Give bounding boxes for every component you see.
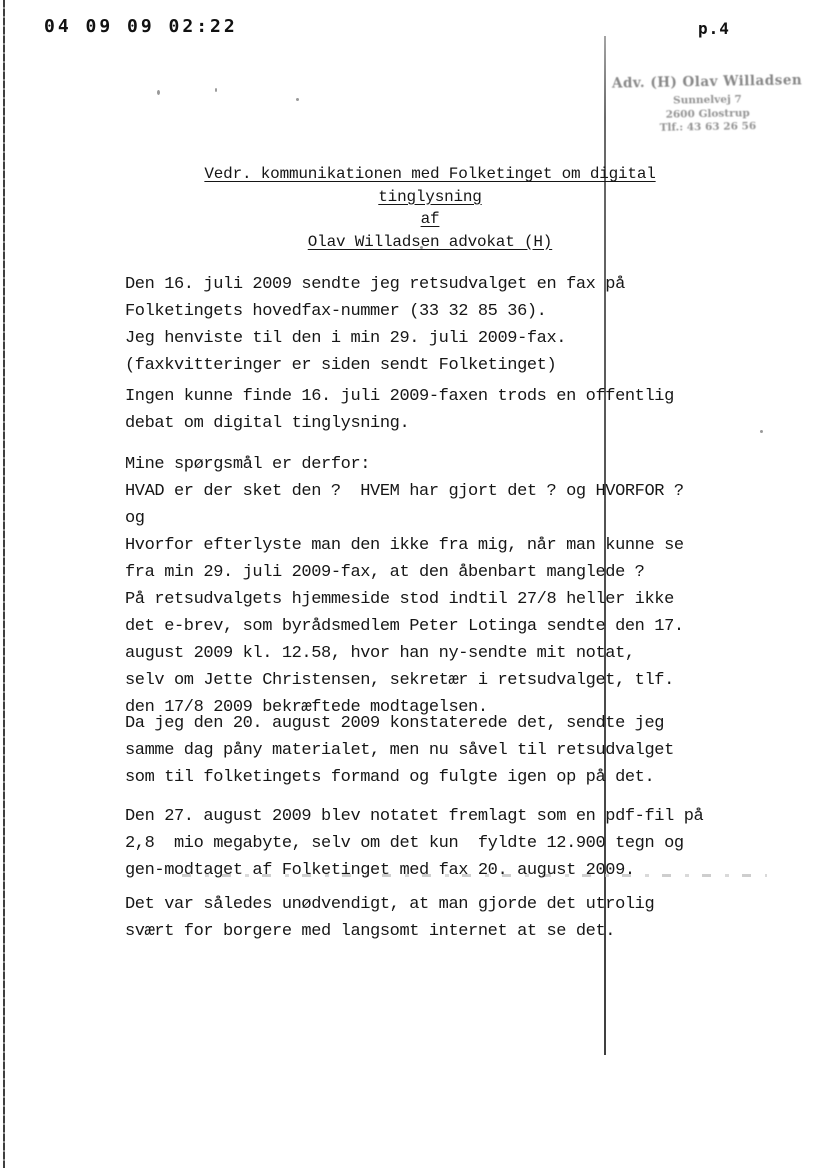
text-line: fra min 29. juli 2009-fax, at den åbenba… bbox=[125, 559, 684, 586]
text-line: samme dag påny materialet, men nu såvel … bbox=[125, 737, 674, 764]
text-line: svært for borgere med langsomt internet … bbox=[125, 918, 654, 945]
scan-noise-dot bbox=[157, 90, 160, 95]
fax-page-number: p.4 bbox=[698, 19, 730, 38]
lawyer-stamp: Adv. (H) Olav Willadsen Sunnelvej 7 2600… bbox=[599, 72, 815, 136]
title-line: tinglysning bbox=[100, 186, 760, 209]
document-title: Vedr. kommunikationen med Folketinget om… bbox=[100, 163, 760, 253]
stamp-phone: Tlf.: 43 63 26 56 bbox=[600, 119, 815, 136]
title-line-text: Vedr. kommunikationen med Folketinget om… bbox=[204, 165, 655, 183]
stamp-lawyer-name: Adv. (H) Olav Willadsen bbox=[599, 72, 814, 92]
text-line: det e-brev, som byrådsmedlem Peter Lotin… bbox=[125, 613, 684, 640]
title-line-text: tinglysning bbox=[378, 188, 481, 206]
text-line: Det var således unødvendigt, at man gjor… bbox=[125, 891, 654, 918]
text-line: Jeg henviste til den i min 29. juli 2009… bbox=[125, 325, 625, 352]
text-line: På retsudvalgets hjemmeside stod indtil … bbox=[125, 586, 684, 613]
text-line: Da jeg den 20. august 2009 konstaterede … bbox=[125, 710, 674, 737]
text-line: debat om digital tinglysning. bbox=[125, 410, 674, 437]
paragraph-nobody-found-fax: Ingen kunne finde 16. juli 2009-faxen tr… bbox=[125, 383, 674, 437]
text-line: august 2009 kl. 12.58, hvor han ny-sendt… bbox=[125, 640, 684, 667]
title-line: af bbox=[100, 208, 760, 231]
fax-timestamp: 04 09 09 02:22 bbox=[44, 16, 238, 37]
title-line-text: af bbox=[421, 210, 440, 228]
scan-noise-dot bbox=[760, 430, 763, 433]
text-line: Mine spørgsmål er derfor: bbox=[125, 451, 684, 478]
text-line: (faxkvitteringer er siden sendt Folketin… bbox=[125, 352, 625, 379]
text-line: Den 27. august 2009 blev notatet fremlag… bbox=[125, 803, 703, 830]
text-line: som til folketingets formand og fulgte i… bbox=[125, 764, 674, 791]
text-line: Den 16. juli 2009 sendte jeg retsudvalge… bbox=[125, 271, 625, 298]
text-line: HVAD er der sket den ? HVEM har gjort de… bbox=[125, 478, 684, 505]
text-line: og bbox=[125, 505, 684, 532]
title-line: Olav Willadsen advokat (H) bbox=[100, 231, 760, 254]
paragraph-resent-material: Da jeg den 20. august 2009 konstaterede … bbox=[125, 710, 674, 791]
paragraph-conclusion: Det var således unødvendigt, at man gjor… bbox=[125, 891, 654, 945]
title-line: Vedr. kommunikationen med Folketinget om… bbox=[100, 163, 760, 186]
fax-page: 04 09 09 02:22 p.4 Adv. (H) Olav Willads… bbox=[0, 0, 825, 1168]
scan-left-edge-artifact bbox=[3, 0, 5, 1168]
paragraph-fax-sent: Den 16. juli 2009 sendte jeg retsudvalge… bbox=[125, 271, 625, 379]
scan-noise-dot bbox=[215, 88, 217, 92]
paragraph-website-ebrev: På retsudvalgets hjemmeside stod indtil … bbox=[125, 586, 684, 721]
paragraph-questions: Mine spørgsmål er derfor: HVAD er der sk… bbox=[125, 451, 684, 586]
paragraph-pdf-file: Den 27. august 2009 blev notatet fremlag… bbox=[125, 803, 703, 884]
scan-noise-dot bbox=[296, 98, 299, 101]
text-line: 2,8 mio megabyte, selv om det kun fyldte… bbox=[125, 830, 703, 857]
title-line-text: Olav Willadsen advokat (H) bbox=[308, 233, 552, 251]
text-line: Ingen kunne finde 16. juli 2009-faxen tr… bbox=[125, 383, 674, 410]
text-line: gen-modtaget af Folketinget med fax 20. … bbox=[125, 857, 703, 884]
text-line: selv om Jette Christensen, sekretær i re… bbox=[125, 667, 684, 694]
text-line: Hvorfor efterlyste man den ikke fra mig,… bbox=[125, 532, 684, 559]
text-line: Folketingets hovedfax-nummer (33 32 85 3… bbox=[125, 298, 625, 325]
